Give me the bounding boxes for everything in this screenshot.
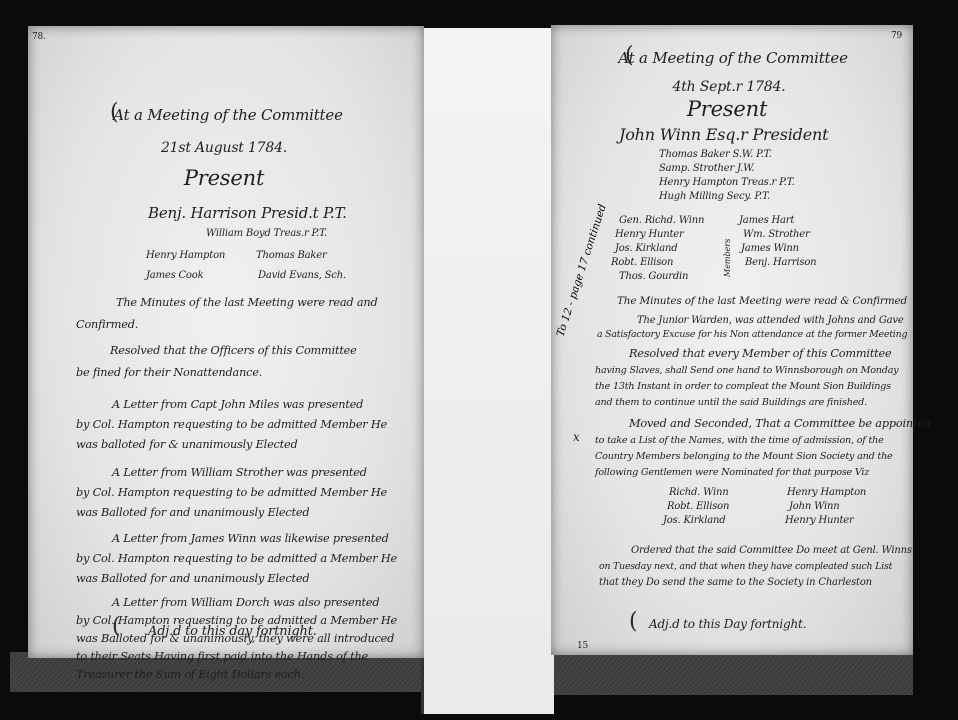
resolution-line: be fined for their Nonattendance. <box>76 366 262 379</box>
resolution-line: Resolved that the Officers of this Commi… <box>110 344 357 357</box>
member: Robt. Ellison <box>611 257 673 268</box>
motion-line: following Gentlemen were Nominated for t… <box>595 467 869 478</box>
members-label: Members <box>723 239 732 277</box>
adjourned-line: Adj.d to this Day fortnight. <box>649 617 806 631</box>
meeting-heading: At a Meeting of the Committee <box>113 106 343 124</box>
attendee: Henry Hampton <box>146 250 225 261</box>
officer-line: Thomas Baker S.W. P.T. <box>659 149 772 160</box>
footer-number: 15 <box>577 641 588 651</box>
flourish-icon: ( <box>629 609 638 634</box>
adjourned-line: Adj.d to this day fortnight. <box>148 624 317 639</box>
attendee: James Cook <box>146 270 203 281</box>
officer-line: Henry Hampton Treas.r P.T. <box>659 177 795 188</box>
attendee: David Evans, Sch. <box>258 270 346 281</box>
page-number: 79 <box>891 31 902 41</box>
warden-line: a Satisfactory Excuse for his Non attend… <box>597 329 907 340</box>
president-line: John Winn Esq.r President <box>619 125 828 144</box>
committee-member: Henry Hunter <box>785 515 854 526</box>
letter-line: A Letter from William Dorch was also pre… <box>112 596 379 609</box>
meeting-heading: At a Meeting of the Committee <box>618 49 848 67</box>
resolution-line: and them to continue until the said Buil… <box>595 397 867 408</box>
warden-line: The Junior Warden, was attended with Joh… <box>637 315 904 326</box>
center-paper-strip <box>421 28 554 714</box>
letter-line: was Balloted for and unanimously Elected <box>76 506 309 519</box>
page-number: 78. <box>32 32 46 42</box>
member: Wm. Strother <box>743 229 810 240</box>
member: James Winn <box>741 243 799 254</box>
letter-line: was Balloted for and unanimously Elected <box>76 572 309 585</box>
letter-line: Treasurer the Sum of Eight Dollars each. <box>76 668 304 681</box>
ordered-line: Ordered that the said Committee Do meet … <box>631 545 912 556</box>
letter-line: A Letter from James Winn was likewise pr… <box>112 532 389 545</box>
motion-line: to take a List of the Names, with the ti… <box>595 435 884 446</box>
letter-line: A Letter from Capt John Miles was presen… <box>112 398 363 411</box>
motion-line: Moved and Seconded, That a Committee be … <box>629 417 931 430</box>
minutes-line: Confirmed. <box>76 318 138 331</box>
letter-line: by Col. Hampton requesting to be admitte… <box>76 486 387 499</box>
motion-line: Country Members belonging to the Mount S… <box>595 451 893 462</box>
resolution-line: Resolved that every Member of this Commi… <box>629 347 892 360</box>
meeting-date: 21st August 1784. <box>161 140 287 156</box>
resolution-line: the 13th Instant in order to compleat th… <box>595 381 891 392</box>
committee-member: John Winn <box>789 501 839 512</box>
committee-member: Richd. Winn <box>669 487 729 498</box>
ordered-line: on Tuesday next, and that when they have… <box>599 561 892 572</box>
background-texture <box>551 655 913 695</box>
member: Gen. Richd. Winn <box>619 215 704 226</box>
attendee: Thomas Baker <box>256 250 327 261</box>
committee-member: Jos. Kirkland <box>663 515 725 526</box>
member: Jos. Kirkland <box>615 243 677 254</box>
letter-line: by Col. Hampton requesting to be admitte… <box>76 552 397 565</box>
left-manuscript-page: 78. ( At a Meeting of the Committee 21st… <box>28 26 424 658</box>
member: Thos. Gourdin <box>619 271 688 282</box>
ordered-line: that they Do send the same to the Societ… <box>599 577 872 588</box>
letter-line: was balloted for & unanimously Elected <box>76 438 298 451</box>
president-line: Benj. Harrison Presid.t P.T. <box>148 204 347 222</box>
treasurer-line: William Boyd Treas.r P.T. <box>206 228 327 239</box>
right-manuscript-page: 79 ( At a Meeting of the Committee 4th S… <box>551 25 913 655</box>
member: Henry Hunter <box>615 229 684 240</box>
committee-member: Henry Hampton <box>787 487 866 498</box>
member: Benj. Harrison <box>745 257 816 268</box>
flourish-icon: ( <box>112 614 121 639</box>
margin-mark-icon: x <box>573 430 580 444</box>
officer-line: Hugh Milling Secy. P.T. <box>659 191 770 202</box>
letter-line: by Col. Hampton requesting to be admitte… <box>76 418 387 431</box>
present-label: Present <box>687 97 767 121</box>
resolution-line: having Slaves, shall Send one hand to Wi… <box>595 365 898 376</box>
committee-member: Robt. Ellison <box>667 501 729 512</box>
letter-line: to their Seats Having first paid into th… <box>76 650 368 663</box>
meeting-date: 4th Sept.r 1784. <box>673 79 786 95</box>
minutes-line: The Minutes of the last Meeting were rea… <box>617 295 907 307</box>
member: James Hart <box>739 215 794 226</box>
minutes-line: The Minutes of the last Meeting were rea… <box>116 296 377 309</box>
officer-line: Samp. Strother J.W. <box>659 163 754 174</box>
present-label: Present <box>184 166 264 190</box>
letter-line: A Letter from William Strother was prese… <box>112 466 367 479</box>
